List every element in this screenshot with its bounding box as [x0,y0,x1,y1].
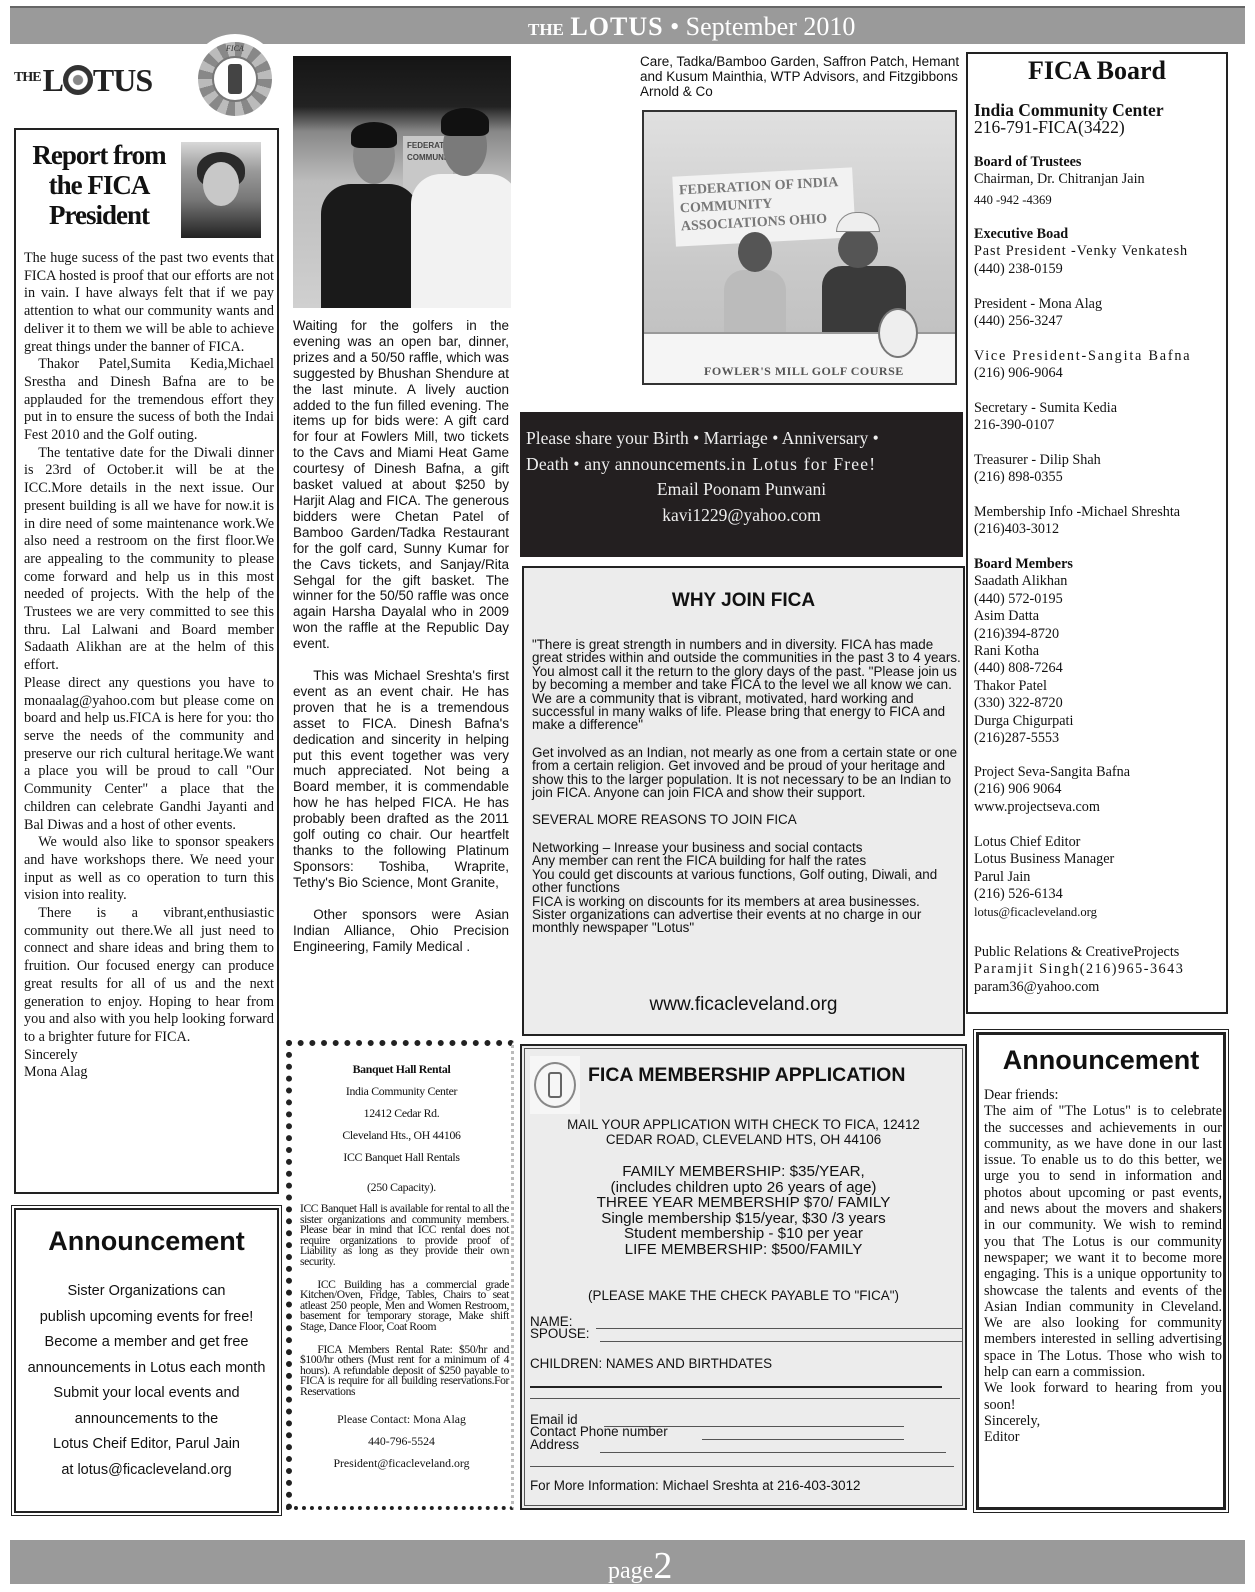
announcement-editor: Announcement Dear friends: The aim of "T… [976,1032,1226,1510]
golf-article: Waiting for the golfers in the evening w… [293,318,509,970]
membership-application: FICA MEMBERSHIP APPLICATION MAIL YOUR AP… [520,1044,967,1510]
children-field-2[interactable] [530,1398,960,1399]
spouse-field-label: SPOUSE: [530,1328,590,1340]
children-field-1[interactable] [530,1386,942,1388]
issue-date: September 2010 [686,12,856,41]
report-body: The huge sucess of the past two events t… [24,250,274,1082]
fica-seal-icon [530,1056,580,1114]
address-field[interactable] [600,1452,946,1453]
projectseva-link[interactable]: www.projectseva.com [974,799,1228,816]
share-announcements-box: Please share your Birth • Marriage • Ann… [520,412,963,557]
announcement-sister-orgs: Announcement Sister Organizations can pu… [14,1208,279,1513]
spouse-field[interactable] [600,1341,962,1342]
golf-article-continued: Care, Tadka/Bamboo Garden, Saffron Patch… [640,54,962,99]
lotus-email-link[interactable]: lotus@ficacleveland.org [974,904,1228,921]
report-title: Report from the FICA President [24,140,174,230]
param-email-link[interactable]: param36@yahoo.com [974,979,1228,996]
address-field-label: Address [530,1439,579,1451]
president-photo [181,142,261,238]
president-report: Report from the FICA President The huge … [14,128,279,1194]
why-join-fica: WHY JOIN FICA "There is great strength i… [522,566,965,1036]
page-footer-bar: page2 [10,1540,1245,1584]
fica-board: FICA Board India Community Center 216-79… [966,52,1228,1014]
address-field-2[interactable] [530,1466,954,1467]
masthead-title: THE LOTUS • September 2010 [528,12,855,42]
poonam-email-link[interactable]: kavi1229@yahoo.com [520,503,963,529]
membership-rates: FAMILY MEMBERSHIP: $35/YEAR, (includes c… [522,1164,965,1258]
children-field-label: CHILDREN: NAMES AND BIRTHDATES [530,1358,772,1370]
page-header-bar: THE LOTUS • September 2010 [10,6,1245,44]
golfers-photo: FEDERATION COMMUNITY [293,56,511,308]
lotus-logo: THELTUS [14,62,179,98]
fica-website-link[interactable]: www.ficacleveland.org [524,994,963,1016]
board-members-list: Board Members Saadath Alikhan (440) 572-… [974,556,1228,747]
fica-plaque-icon [878,308,918,358]
lotus-flower-icon [63,65,93,95]
name-field[interactable] [596,1328,962,1329]
fica-emblem-icon: FICA [190,34,280,124]
president-email-link[interactable]: President@ficacleveland.org [292,1452,511,1474]
banquet-hall-rental: Banquet Hall Rental India Community Cent… [286,1040,514,1510]
phone-field[interactable] [702,1439,904,1440]
fowlers-mill-photo: FEDERATION OF INDIA COMMUNITY ASSOCIATIO… [642,110,957,385]
page-number: page2 [608,1544,672,1588]
editor-email-link[interactable]: at lotus@ficacleveland.org [16,1458,277,1484]
